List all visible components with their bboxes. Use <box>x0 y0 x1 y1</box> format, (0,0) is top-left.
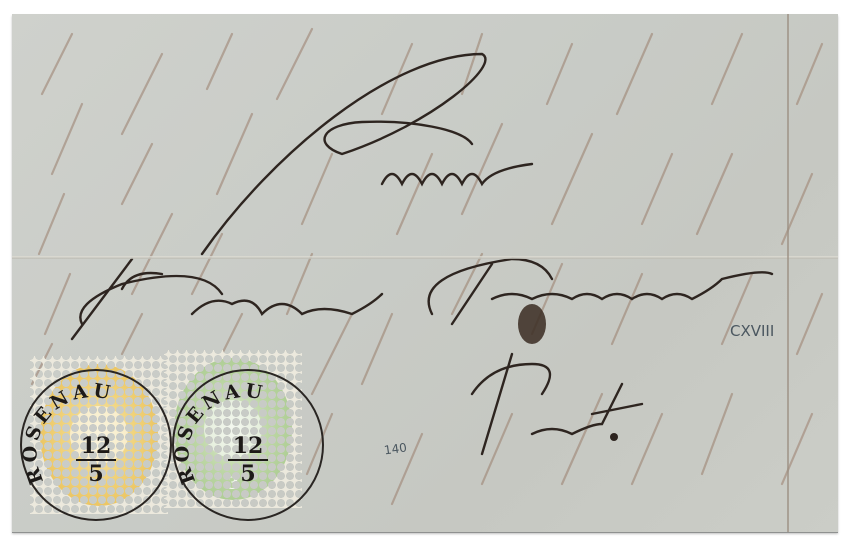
roman-numeral-annotation: CXVIII <box>730 322 774 340</box>
postal-cover: CXVIII 140 Herrn Franz Komeiser Pest. 3 … <box>12 14 838 532</box>
postmark-2: ROSENAU 12 5 <box>172 369 324 521</box>
postmark-1: ROSENAU 12 5 <box>20 369 172 521</box>
ink-blot <box>518 304 546 344</box>
postmark-date: 12 5 <box>174 433 322 487</box>
postmark-date: 12 5 <box>22 433 170 487</box>
margin-line <box>787 14 789 532</box>
fold-crease <box>12 256 838 259</box>
